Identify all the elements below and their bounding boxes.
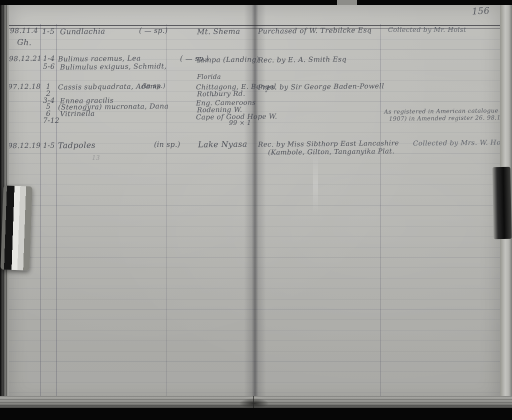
- taxon-name: Gundlachia: [60, 28, 105, 36]
- column-line-numbers: [56, 24, 57, 398]
- locality: Lake Nyasa: [198, 141, 247, 150]
- entry-date: 98.11.4: [10, 28, 38, 35]
- entry-numbers: 1-4: [43, 56, 55, 63]
- acquisition: Pres. by Sir George Baden-Powell: [258, 83, 384, 91]
- remarks: Collected by Mrs. W. Howland: [413, 139, 512, 147]
- photo-top-edge: [0, 0, 512, 5]
- taxon-name: Bulimulus exiguus, Schmidt,: [60, 63, 167, 71]
- ditto-mark: ″: [265, 92, 268, 98]
- entry-numbers: 1-5: [42, 28, 55, 36]
- entry-numbers: 5-6: [43, 64, 55, 71]
- page-number: 156: [472, 8, 490, 18]
- remarks: Collected by Mr. Holst: [388, 27, 466, 34]
- acquisition: (Kambole, Gilton, Tanganyika Plat.: [268, 148, 395, 156]
- taxon-name-note: (in sp.): [154, 142, 180, 149]
- photo-bottom-edge: [0, 408, 512, 420]
- entry-date-mark: Gh.: [17, 39, 32, 47]
- locality-reference: 99 × 1: [229, 121, 251, 127]
- entry-numbers: 1-5: [43, 143, 55, 150]
- locality: Rothbury Rd.: [197, 91, 245, 98]
- column-line-date: [40, 24, 41, 398]
- acquisition: Purchased of W. Trebilcke Esq: [258, 27, 372, 35]
- entry-numbers: 7-12: [43, 118, 60, 125]
- taxon-name: Tadpoles: [58, 142, 96, 150]
- taxon-name-note: ( — sp.): [139, 28, 168, 35]
- page-streak: [313, 153, 318, 215]
- acquisition: Rec. by E. A. Smith Esq: [258, 57, 347, 65]
- column-line-name: [166, 24, 167, 398]
- locality: Tampa (Landing): [196, 57, 259, 65]
- entry-date-mark: 13: [92, 156, 100, 162]
- column-line-remarks: [380, 24, 381, 398]
- left-binder-clip: [1, 186, 33, 271]
- entry-date: 98.12.21: [9, 56, 42, 63]
- taxon-name-note: (in sp.): [142, 84, 165, 90]
- taxon-name: Vitrinella: [60, 111, 95, 118]
- center-fold-shadow: [244, 5, 266, 404]
- photo-top-notch: [337, 0, 357, 5]
- register-photo: 156 98.11.4 Gh. 1-5 Gundlachia ( — sp.) …: [0, 0, 512, 420]
- locality-note: Florida: [197, 75, 221, 81]
- right-binder-clip: [492, 167, 511, 239]
- entry-date: 97.12.18: [8, 84, 41, 91]
- entry-date: 98.12.19: [8, 143, 41, 150]
- locality: Mt. Shema: [197, 28, 240, 36]
